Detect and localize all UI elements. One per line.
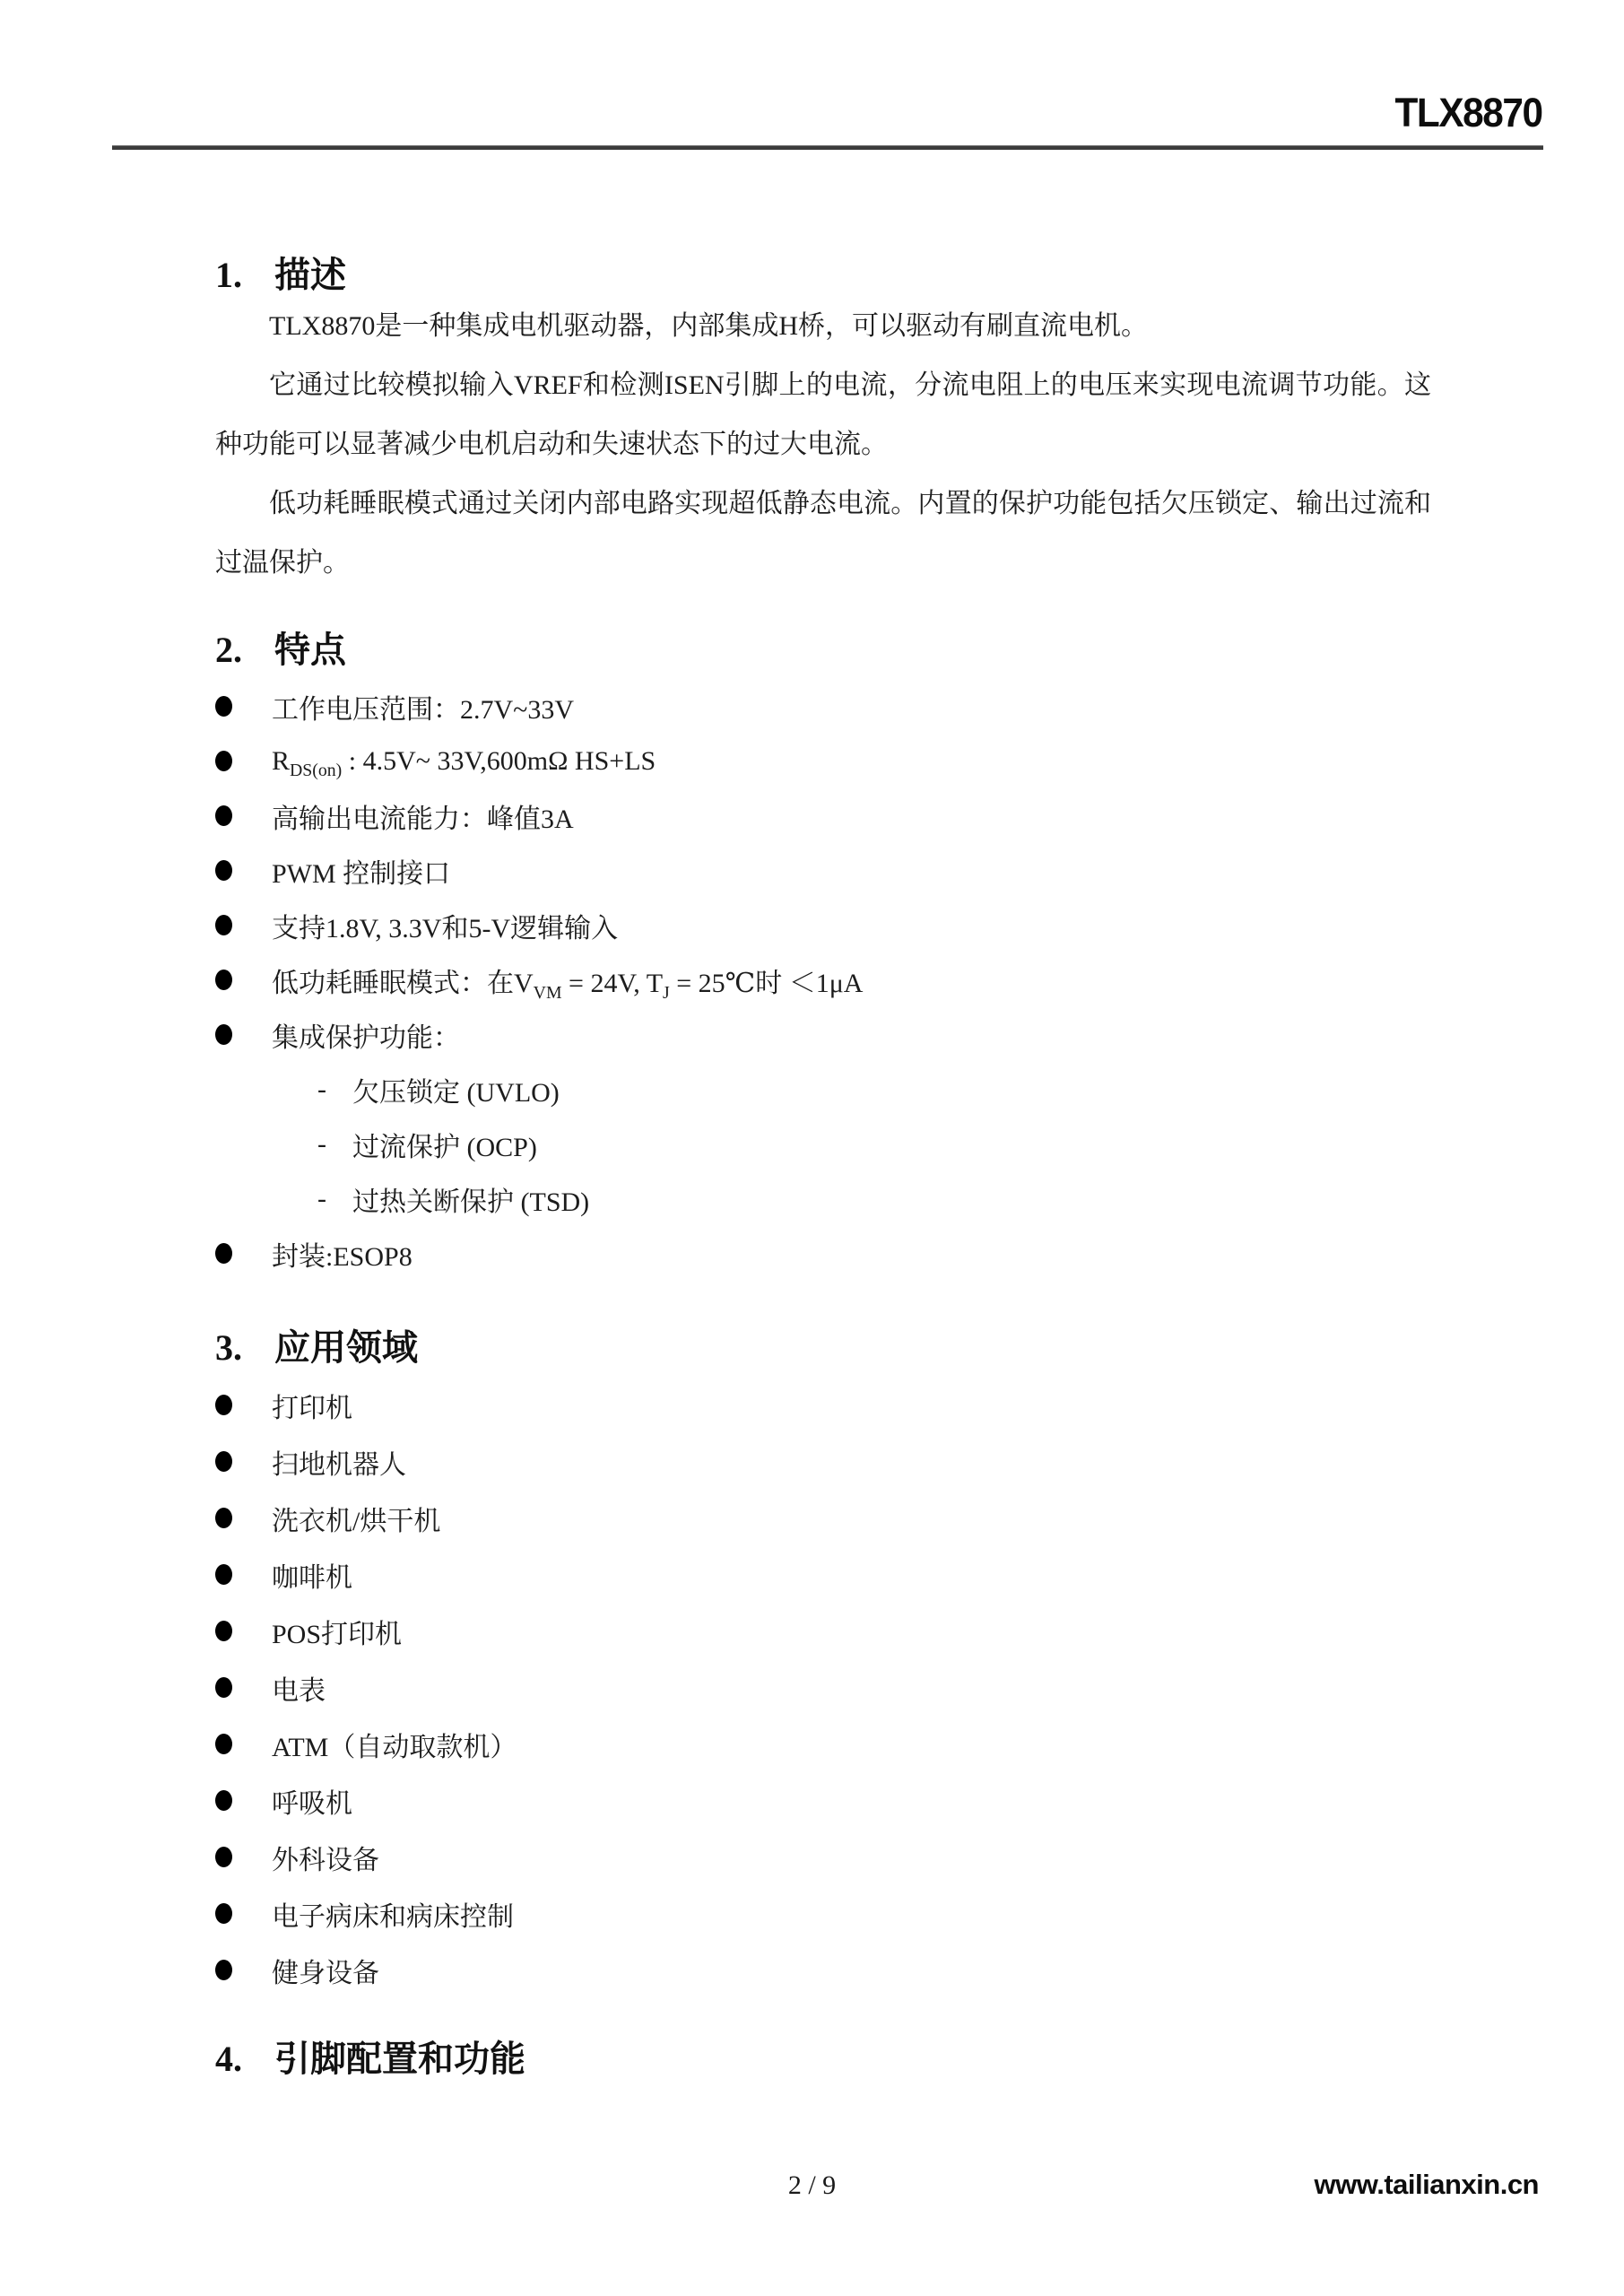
bullet-icon [215, 970, 232, 990]
bullet-icon [215, 860, 232, 881]
feature-text: 高输出电流能力：峰值3A [272, 796, 574, 836]
bullet-icon [215, 1395, 232, 1415]
feature-item: 低功耗睡眠模式：在VVM = 24V, TJ = 25℃时 ＜1μA [215, 952, 1431, 1007]
application-text: 呼吸机 [272, 1781, 352, 1821]
dash-icon: - [317, 1129, 352, 1160]
section-title: 描述 [274, 254, 346, 297]
application-text: ATM（自动取款机） [272, 1725, 517, 1764]
section-number: 3. [215, 1326, 274, 1370]
subscript-text: J [663, 983, 670, 1003]
application-text: 打印机 [272, 1386, 352, 1425]
document-title: TLX8870 [1395, 90, 1542, 136]
application-text: POS打印机 [272, 1612, 402, 1651]
bullet-icon [215, 1621, 232, 1641]
sub-feature-text: 过热关断保护 (TSD) [352, 1179, 589, 1219]
description-paragraph: TLX8870是一种集成电机驱动器，内部集成H桥，可以驱动有刷直流电机。 [215, 297, 1431, 356]
dash-icon: - [317, 1184, 352, 1214]
application-text: 电表 [272, 1668, 326, 1708]
feature-text-base: R [272, 746, 290, 776]
application-item: 电表 [215, 1659, 1431, 1716]
protection-sub-item: - 欠压锁定 (UVLO) [215, 1062, 1431, 1117]
protection-sub-item: - 过热关断保护 (TSD) [215, 1171, 1431, 1226]
application-text: 咖啡机 [272, 1555, 352, 1595]
feature-text: 集成保护功能： [272, 1015, 460, 1055]
feature-item: RDS(on) : 4.5V~ 33V,600mΩ HS+LS [215, 734, 1431, 788]
feature-text-base: = 24V, T [562, 969, 664, 998]
bullet-icon [215, 696, 232, 717]
feature-item: 高输出电流能力：峰值3A [215, 788, 1431, 843]
feature-text-base: : 4.5V~ 33V,600mΩ HS+LS [342, 746, 656, 776]
application-item: 洗衣机/烘干机 [215, 1490, 1431, 1546]
application-text: 洗衣机/烘干机 [272, 1499, 440, 1538]
bullet-icon [215, 1734, 232, 1754]
application-item: 咖啡机 [215, 1546, 1431, 1603]
application-item: 电子病床和病床控制 [215, 1885, 1431, 1942]
feature-text: PWM 控制接口 [272, 851, 450, 891]
bullet-icon [215, 1677, 232, 1698]
feature-item: PWM 控制接口 [215, 843, 1431, 898]
application-item: 健身设备 [215, 1942, 1431, 1998]
bullet-icon [215, 1790, 232, 1811]
application-item: ATM（自动取款机） [215, 1716, 1431, 1772]
bullet-icon [215, 1564, 232, 1585]
sub-feature-text: 过流保护 (OCP) [352, 1125, 537, 1164]
section-title: 引脚配置和功能 [274, 2038, 525, 2081]
page-content: 1. 描述 TLX8870是一种集成电机驱动器，内部集成H桥，可以驱动有刷直流电… [215, 224, 1431, 2081]
dash-icon: - [317, 1074, 352, 1105]
section-number: 4. [215, 2038, 274, 2081]
section-title: 特点 [274, 629, 346, 672]
bullet-icon [215, 751, 232, 771]
subscript-text: DS(on) [290, 761, 342, 780]
section-number: 1. [215, 254, 274, 297]
features-list: 工作电压范围：2.7V~33V RDS(on) : 4.5V~ 33V,600m… [215, 679, 1431, 1281]
feature-item: 支持1.8V, 3.3V和5-V逻辑输入 [215, 898, 1431, 952]
feature-text-base: 低功耗睡眠模式：在V [272, 969, 534, 998]
section-heading-pinout: 4. 引脚配置和功能 [215, 2038, 1431, 2081]
application-text: 外科设备 [272, 1838, 379, 1877]
application-text: 电子病床和病床控制 [272, 1894, 514, 1934]
description-paragraph: 它通过比较模拟输入VREF和检测ISEN引脚上的电流，分流电阻上的电压来实现电流… [215, 356, 1431, 474]
website-url: www.tailianxin.cn [1315, 2169, 1539, 2201]
section-title: 应用领域 [274, 1326, 418, 1370]
bullet-icon [215, 1024, 232, 1045]
feature-text: 封装:ESOP8 [272, 1234, 413, 1274]
bullet-icon [215, 1903, 232, 1924]
bullet-icon [215, 1508, 232, 1528]
bullet-icon [215, 805, 232, 826]
bullet-icon [215, 1847, 232, 1867]
feature-item: 封装:ESOP8 [215, 1226, 1431, 1281]
header-divider [112, 145, 1543, 150]
feature-text: 工作电压范围：2.7V~33V [272, 687, 574, 726]
applications-list: 打印机 扫地机器人 洗衣机/烘干机 咖啡机 POS打印机 电表 [215, 1377, 1431, 1998]
section-number: 2. [215, 629, 274, 672]
application-item: 打印机 [215, 1377, 1431, 1433]
application-text: 扫地机器人 [272, 1442, 406, 1482]
feature-item: 集成保护功能： [215, 1007, 1431, 1062]
application-item: 扫地机器人 [215, 1433, 1431, 1490]
bullet-icon [215, 1960, 232, 1980]
application-item: 呼吸机 [215, 1772, 1431, 1829]
application-text: 健身设备 [272, 1951, 379, 1990]
datasheet-page: TLX8870 1. 描述 TLX8870是一种集成电机驱动器，内部集成H桥，可… [0, 0, 1624, 2296]
subscript-text: VM [534, 983, 562, 1003]
bullet-icon [215, 1451, 232, 1472]
bullet-icon [215, 915, 232, 935]
application-item: POS打印机 [215, 1603, 1431, 1659]
feature-text: 支持1.8V, 3.3V和5-V逻辑输入 [272, 906, 618, 945]
section-heading-features: 2. 特点 [215, 629, 1431, 672]
feature-text: RDS(on) : 4.5V~ 33V,600mΩ HS+LS [272, 746, 656, 777]
application-item: 外科设备 [215, 1829, 1431, 1885]
protection-sub-item: - 过流保护 (OCP) [215, 1117, 1431, 1171]
feature-text: 低功耗睡眠模式：在VVM = 24V, TJ = 25℃时 ＜1μA [272, 961, 863, 1000]
feature-item: 工作电压范围：2.7V~33V [215, 679, 1431, 734]
section-heading-description: 1. 描述 [215, 254, 1431, 297]
feature-text-base: = 25℃时 ＜1μA [670, 969, 864, 998]
sub-feature-text: 欠压锁定 (UVLO) [352, 1070, 560, 1109]
description-paragraph: 低功耗睡眠模式通过关闭内部电路实现超低静态电流。内置的保护功能包括欠压锁定、输出… [215, 474, 1431, 593]
section-heading-applications: 3. 应用领域 [215, 1326, 1431, 1370]
bullet-icon [215, 1243, 232, 1264]
